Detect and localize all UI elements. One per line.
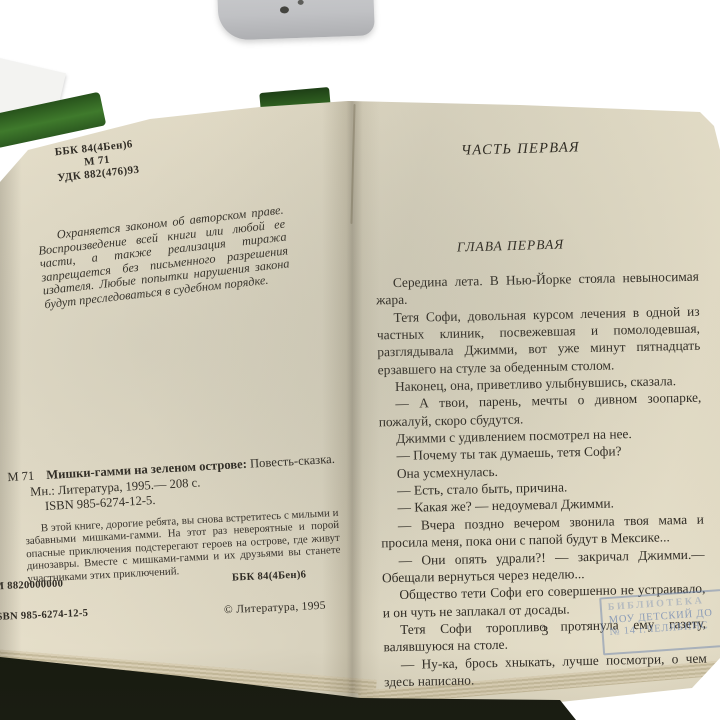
catalog-code: М 71 [7,469,35,484]
photo-scene: ББК 84(4Бен)6 М 71 УДК 882(476)93 Охраня… [0,0,720,720]
book-subtitle: Повесть-сказка. [250,452,336,471]
page-number: 3 [520,622,570,639]
part-title: ЧАСТЬ ПЕРВАЯ [428,138,613,160]
open-book: ББК 84(4Бен)6 М 71 УДК 882(476)93 Охраня… [0,0,720,720]
chapter-title: ГЛАВА ПЕРВАЯ [418,235,603,256]
bbk-classification-block: ББК 84(4Бен)6 М 71 УДК 882(476)93 [54,138,140,185]
footer-publisher: © Литература, 1995 [224,600,326,616]
footer-code-number: М 8820000000 [0,578,63,592]
catalog-entry: М 71Мишки-гамми на зеленом острове: Пове… [7,452,337,517]
story-paragraph: Тетя Софи, довольная курсом лечения в од… [376,302,700,378]
footer-isbn: ISBN 985-6274-12-5 [0,608,89,623]
library-stamp: БИБЛИОТЕКА МОУ ДЕТСКИЙ ДО № 14 г.ЧЕЛЯБИН… [599,587,720,656]
appliance-hole-icon [280,6,289,13]
appliance-object [217,0,375,41]
footer-bbk: ББК 84(4Бен)6 [232,569,307,583]
story-paragraph: — Ну-ка, брось хныкать, лучше посмотри, … [384,649,708,690]
appliance-hole-icon [298,0,304,5]
copyright-notice: Охраняется законом об авторском праве. В… [36,204,291,312]
